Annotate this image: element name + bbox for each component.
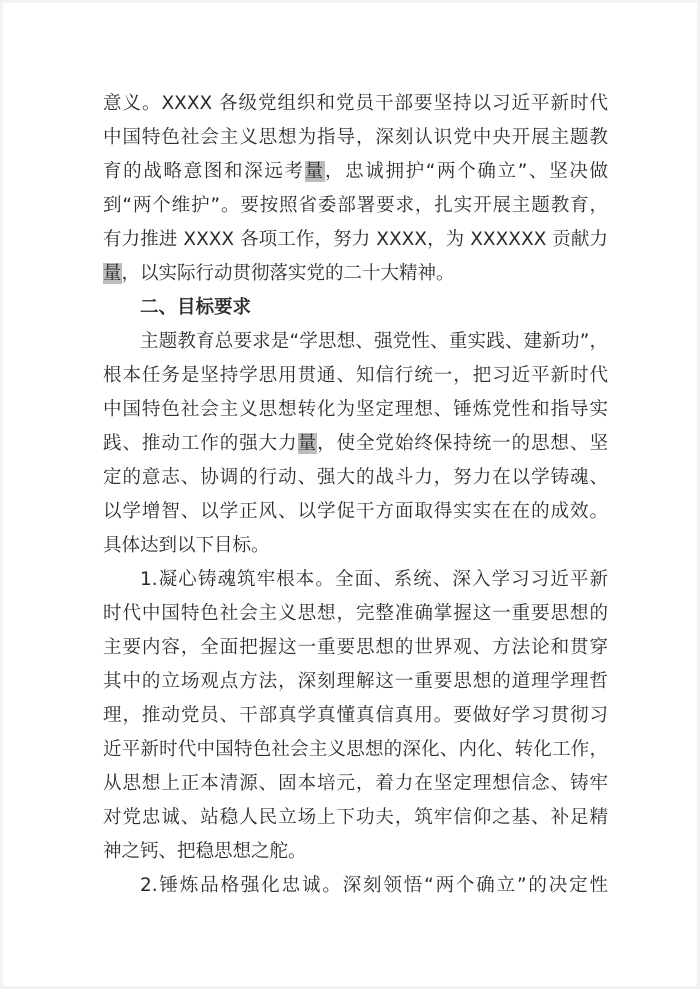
highlighted-char: 量 bbox=[305, 161, 325, 182]
document-text-block: 意义。XXXX 各级党组织和党员干部要坚持以习近平新时代 中国特色社会主义思想为… bbox=[103, 87, 608, 903]
document-page: 意义。XXXX 各级党组织和党员干部要坚持以习近平新时代 中国特色社会主义思想为… bbox=[3, 3, 697, 986]
text-line: 到“两个维护”。要按照省委部署要求，扎实开展主题教育， bbox=[103, 189, 608, 223]
text-segment: ，以实际行动贯彻落实党的二十大精神。 bbox=[122, 263, 455, 284]
text-line: 时代中国特色社会主义思想，完整准确掌握这一重要思想的 bbox=[103, 597, 608, 631]
text-segment: 践、推动工作的强大力 bbox=[103, 433, 298, 454]
text-segment: ，忠诚拥护“两个确立”、坚决做 bbox=[325, 161, 608, 182]
text-line: 意义。XXXX 各级党组织和党员干部要坚持以习近平新时代 bbox=[103, 87, 608, 121]
text-line: 其中的立场观点方法，深刻理解这一重要思想的道理学理哲 bbox=[103, 665, 608, 699]
text-line: 神之钙、把稳思想之舵。 bbox=[103, 835, 608, 869]
text-line: 从思想上正本清源、固本培元，着力在坚定理想信念、铸牢 bbox=[103, 767, 608, 801]
highlighted-char: 量 bbox=[298, 433, 317, 454]
text-segment: 育的战略意图和深远考 bbox=[103, 161, 305, 182]
text-segment: ，使全党始终保持统一的思想、坚 bbox=[317, 433, 608, 454]
text-line: 理，推动党员、干部真学真懂真信真用。要做好学习贯彻习 bbox=[103, 699, 608, 733]
text-line: 有力推进 XXXX 各项工作，努力 XXXX，为 XXXXXX 贡献力 bbox=[103, 223, 608, 257]
text-line: 定的意志、协调的行动、强大的战斗力，努力在以学铸魂、 bbox=[103, 461, 608, 495]
text-line: 育的战略意图和深远考量，忠诚拥护“两个确立”、坚决做 bbox=[103, 155, 608, 189]
section-heading: 二、目标要求 bbox=[103, 291, 608, 325]
text-line: 主题教育总要求是“学思想、强党性、重实践、建新功”， bbox=[103, 325, 608, 359]
text-line: 近平新时代中国特色社会主义思想的深化、内化、转化工作， bbox=[103, 733, 608, 767]
text-line: 量，以实际行动贯彻落实党的二十大精神。 bbox=[103, 257, 608, 291]
text-line: 主要内容，全面把握这一重要思想的世界观、方法论和贯穿 bbox=[103, 631, 608, 665]
text-line: 中国特色社会主义思想为指导，深刻认识党中央开展主题教 bbox=[103, 121, 608, 155]
text-line: 2.锤炼品格强化忠诚。深刻领悟“两个确立”的决定性 bbox=[103, 869, 608, 903]
text-line: 中国特色社会主义思想转化为坚定理想、锤炼党性和指导实 bbox=[103, 393, 608, 427]
highlighted-char: 量 bbox=[103, 263, 122, 284]
text-line: 对党忠诚、站稳人民立场上下功夫，筑牢信仰之基、补足精 bbox=[103, 801, 608, 835]
text-line: 具体达到以下目标。 bbox=[103, 529, 608, 563]
text-line: 践、推动工作的强大力量，使全党始终保持统一的思想、坚 bbox=[103, 427, 608, 461]
text-line: 1.凝心铸魂筑牢根本。全面、系统、深入学习习近平新 bbox=[103, 563, 608, 597]
text-line: 以学增智、以学正风、以学促干方面取得实实在在的成效。 bbox=[103, 495, 608, 529]
text-line: 根本任务是坚持学思用贯通、知信行统一，把习近平新时代 bbox=[103, 359, 608, 393]
